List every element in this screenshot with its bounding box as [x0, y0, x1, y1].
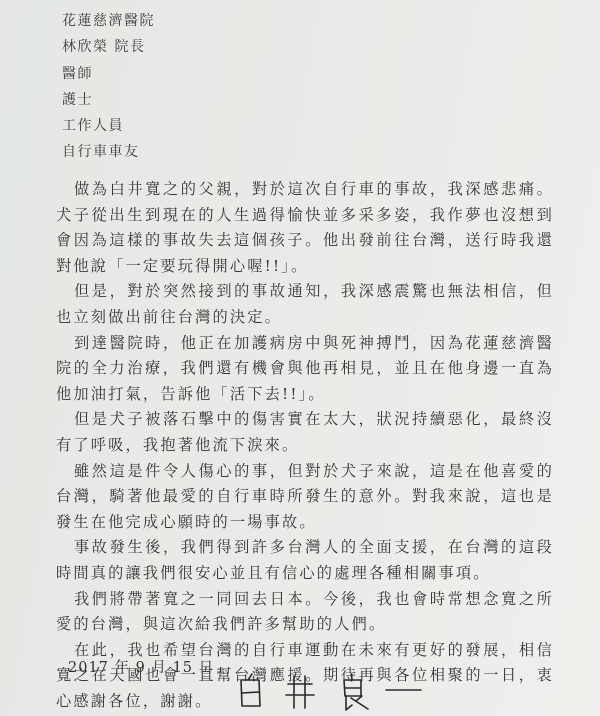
letter-page: 花蓮慈濟醫院 林欣榮 院長 醫師 護士 工作人員 自行車車友 做為白井寬之的父親…: [0, 0, 600, 716]
paragraph: 事故發生後，我們得到許多台灣人的全面支援，在台灣的這段時間真的讓我們很安心並且有…: [56, 535, 554, 586]
paragraph: 我們將帶著寬之一同回去日本。今後，我也會時常想念寬之所愛的台灣，與這次給我們許多…: [56, 587, 554, 638]
recipient-doctors: 醫師: [62, 61, 155, 87]
recipient-director: 林欣榮 院長: [62, 34, 155, 60]
handwritten-signature: [238, 668, 428, 712]
recipient-hospital: 花蓮慈濟醫院: [62, 8, 155, 34]
paragraph: 但是，對於突然接到的事故通知，我深感震驚也無法相信，但也立刻做出前往台灣的決定。: [56, 279, 554, 330]
letter-body: 做為白井寬之的父親，對於這次自行車的事故，我深感悲痛。犬子從出生到現在的人生過得…: [56, 177, 554, 714]
paragraph: 到達醫院時，他正在加護病房中與死神搏鬥，因為花蓮慈濟醫院的全力治療，我們還有機會…: [56, 331, 554, 408]
recipient-cyclists: 自行車車友: [62, 139, 155, 165]
recipient-list: 花蓮慈濟醫院 林欣榮 院長 醫師 護士 工作人員 自行車車友: [62, 8, 155, 166]
recipient-staff: 工作人員: [62, 113, 155, 139]
letter-date: 2017 年 9 月 15 日: [68, 656, 214, 677]
paragraph: 做為白井寬之的父親，對於這次自行車的事故，我深感悲痛。犬子從出生到現在的人生過得…: [56, 177, 554, 279]
paragraph: 但是犬子被落石擊中的傷害實在太大，狀況持續惡化，最終沒有了呼吸，我抱著他流下淚來…: [56, 407, 554, 458]
signature-icon: [238, 668, 428, 712]
recipient-nurses: 護士: [62, 87, 155, 113]
paragraph: 雖然這是件令人傷心的事，但對於犬子來說，這是在他喜愛的台灣，騎著他最愛的自行車時…: [56, 459, 554, 536]
